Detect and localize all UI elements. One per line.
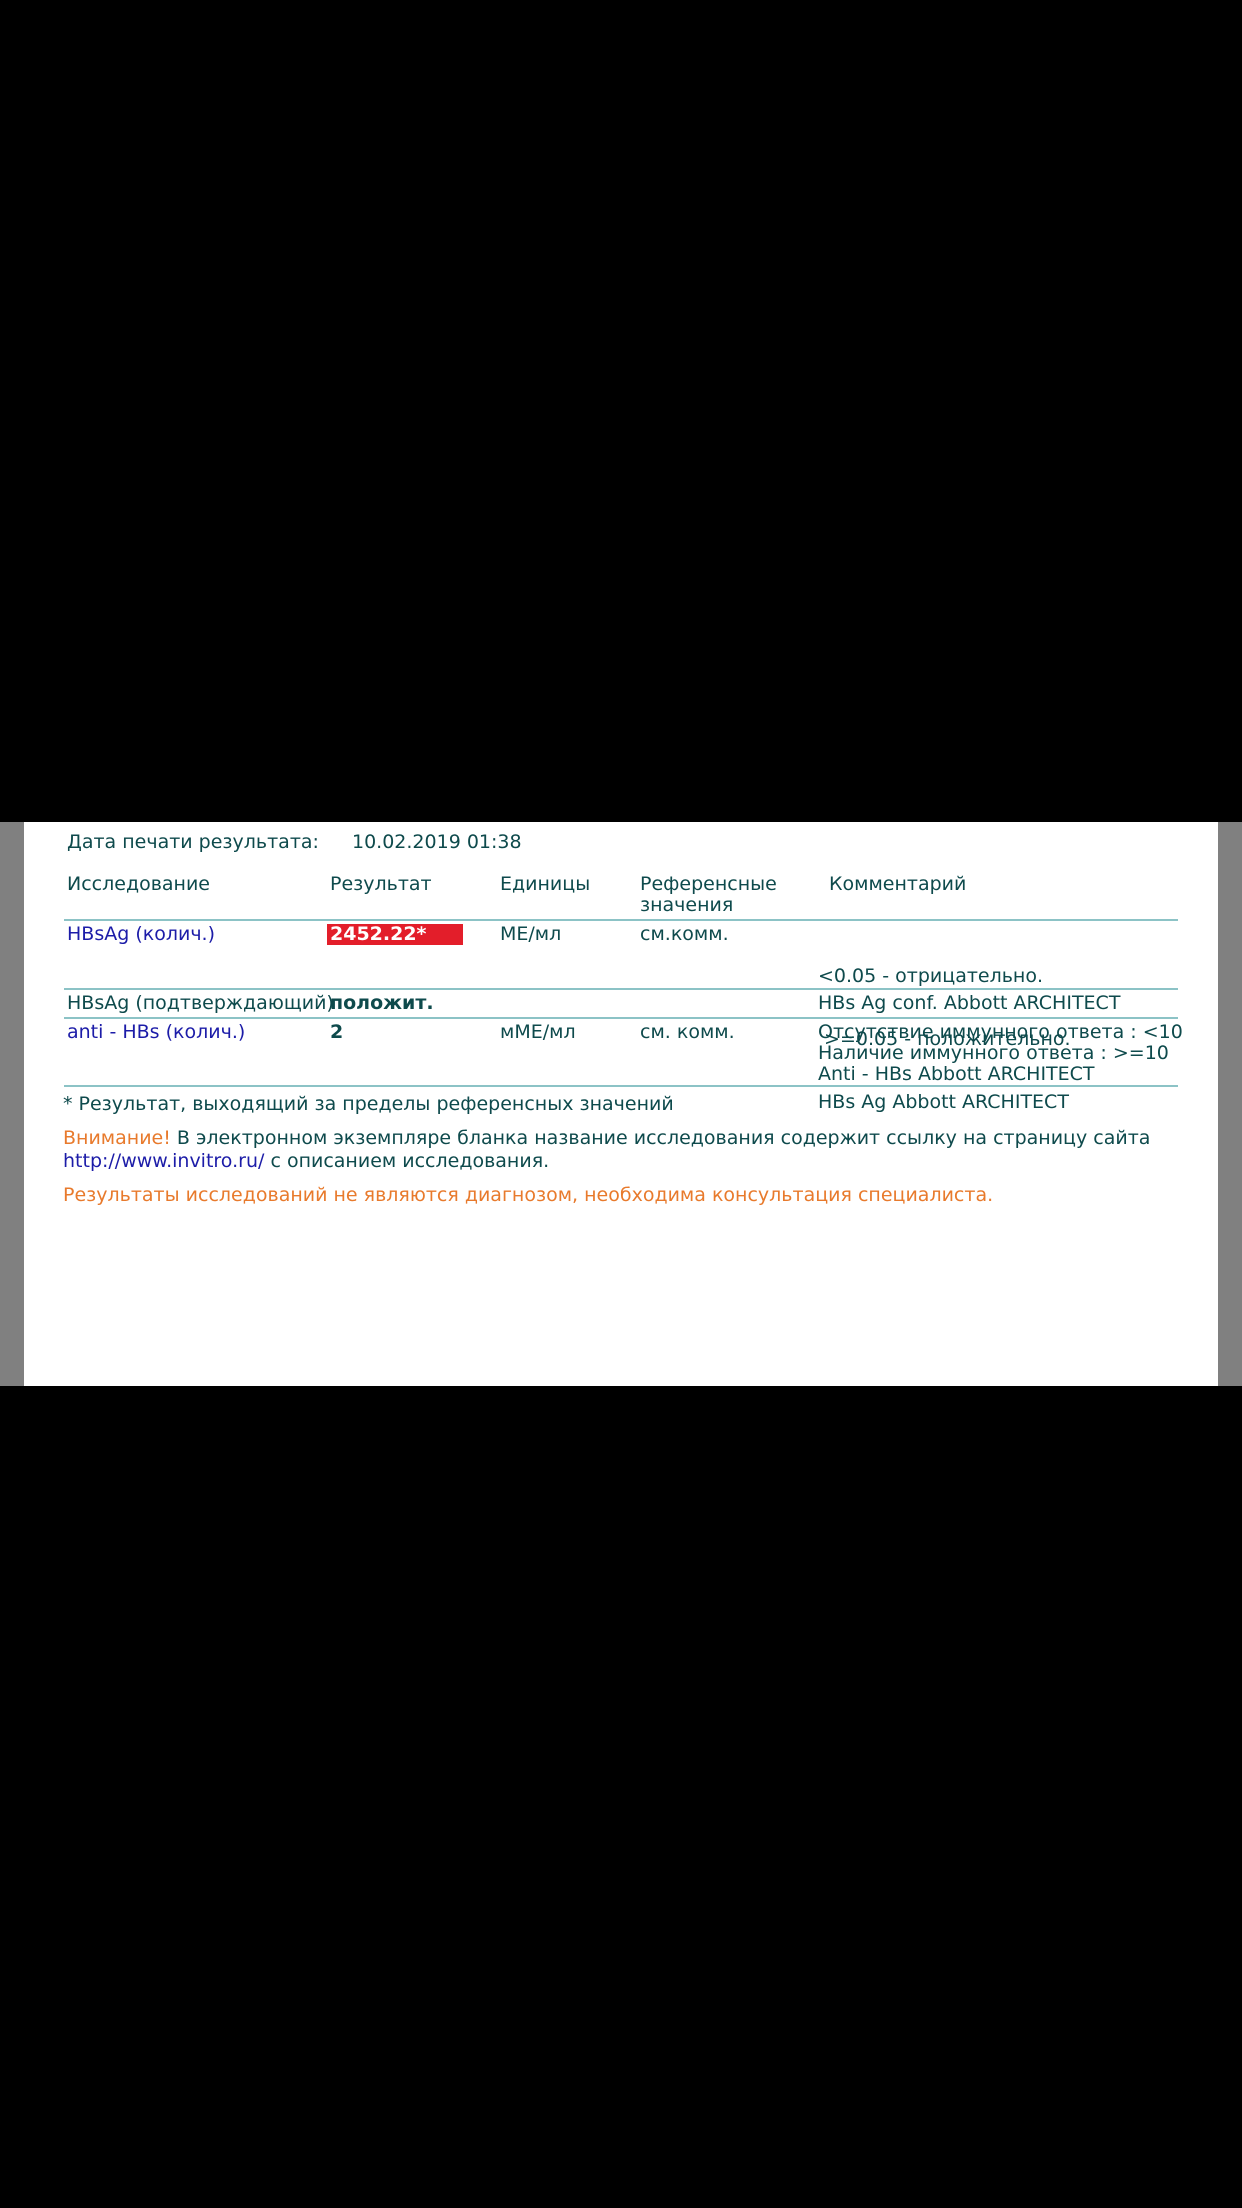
header-comment: Комментарий xyxy=(829,874,966,895)
comment-line: HBs Ag Abbott ARCHITECT xyxy=(818,1092,1071,1113)
reference-cell: см. комм. xyxy=(640,1022,735,1043)
result-flagged-value: 2452.22* xyxy=(327,924,463,945)
header-study: Исследование xyxy=(67,874,210,895)
header-reference: Референсные значения xyxy=(640,874,777,916)
notice-text-end: с описанием исследования. xyxy=(270,1150,549,1172)
footnote: * Результат, выходящий за пределы рефере… xyxy=(63,1094,674,1115)
comment-cell: HBs Ag conf. Abbott ARCHITECT xyxy=(818,993,1120,1014)
header-units: Единицы xyxy=(500,874,590,895)
units-cell: МЕ/мл xyxy=(500,924,561,945)
row-rule xyxy=(64,988,1178,990)
study-hbsag-confirm: HBsAg (подтверждающий) xyxy=(67,993,334,1014)
notice-line1: Внимание! В электронном экземпляре бланк… xyxy=(63,1128,1150,1149)
reference-cell: см.комм. xyxy=(640,924,729,945)
header-reference-line2: значения xyxy=(640,895,777,916)
study-link-hbsag-quant[interactable]: HBsAg (колич.) xyxy=(67,924,215,945)
comment-cell: Отсутствие иммунного ответа : <10 Наличи… xyxy=(818,1022,1183,1085)
notice-line2: http://www.invitro.ru/ с описанием иссле… xyxy=(63,1151,549,1172)
result-cell: 2 xyxy=(330,1022,343,1043)
notice-text: В электронном экземпляре бланка название… xyxy=(177,1127,1151,1149)
lab-report-page: Дата печати результата: 10.02.2019 01:38… xyxy=(24,822,1218,1386)
comment-line: Anti - HBs Abbott ARCHITECT xyxy=(818,1064,1183,1085)
header-reference-line1: Референсные xyxy=(640,874,777,895)
comment-line: Наличие иммунного ответа : >=10 xyxy=(818,1043,1183,1064)
header-rule xyxy=(64,919,1178,921)
print-date-label: Дата печати результата: xyxy=(67,832,319,853)
invitro-link[interactable]: http://www.invitro.ru/ xyxy=(63,1150,264,1172)
result-cell: положит. xyxy=(330,993,434,1014)
row-rule xyxy=(64,1017,1178,1019)
print-date-value: 10.02.2019 01:38 xyxy=(352,832,522,853)
comment-line: <0.05 - отрицательно. xyxy=(818,966,1071,987)
disclaimer: Результаты исследований не являются диаг… xyxy=(63,1185,993,1206)
units-cell: мМЕ/мл xyxy=(500,1022,576,1043)
table-bottom-rule xyxy=(64,1085,1178,1087)
comment-line: Отсутствие иммунного ответа : <10 xyxy=(818,1022,1183,1043)
header-result: Результат xyxy=(330,874,432,895)
study-link-anti-hbs[interactable]: anti - HBs (колич.) xyxy=(67,1022,245,1043)
left-margin xyxy=(0,822,24,1386)
right-margin xyxy=(1218,822,1242,1386)
warning-label: Внимание! xyxy=(63,1127,171,1149)
